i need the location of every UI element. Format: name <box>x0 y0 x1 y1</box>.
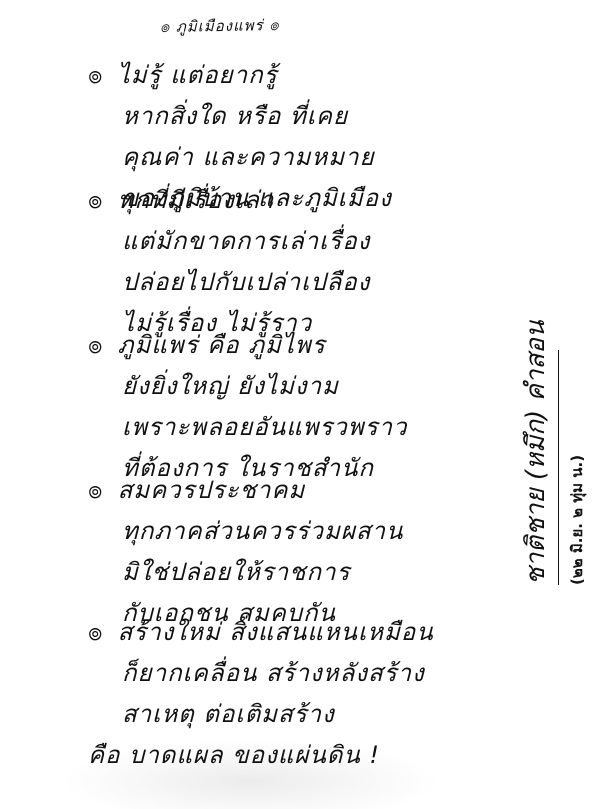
stanza-5: ๏สร้างใหม่ สิ่งแสนแหนเหมือน ก็ยากเคลื่อน… <box>88 612 434 776</box>
handwritten-page: ๏ ภูมิเมืองแพร่ ๏ ๏ไม่รู้ แต่อยากรู้ หาก… <box>0 0 600 809</box>
stanza-line: แต่มักขาดการเล่าเรื่อง <box>88 221 370 262</box>
stanza-line: มิใช่ปล่อยให้ราชการ <box>88 552 403 593</box>
line-text: สมควรประชาคม <box>118 476 306 504</box>
stanza-line: ก็ยากเคลื่อน สร้างหลังสร้าง <box>88 653 434 694</box>
line-text: ไม่รู้ แต่อยากรู้ <box>118 61 278 89</box>
stanza-line: ยังยิ่งใหญ่ ยังไม่งาม <box>88 366 407 407</box>
line-text: ทุกที่มีเรื่องเล่า <box>118 186 275 214</box>
stanza-4: ๏สมควรประชาคม ทุกภาคส่วนควรร่วมผสาน มิใช… <box>88 470 403 634</box>
signature: ชาติชาย (หมึก) คำสอน <box>515 350 559 585</box>
stanza-line: ๏ภูมิแพร่ คือ ภูมิไพร <box>88 325 407 366</box>
stanza-line: ๏ไม่รู้ แต่อยากรู้ <box>88 55 392 96</box>
stanza-line: คุณค่า และความหมาย <box>88 137 392 178</box>
stanza-line: สาเหตุ ต่อเติมสร้าง <box>88 694 434 735</box>
stanza-line: เพราะพลอยอันแพรวพราว <box>88 407 407 448</box>
line-text: ภูมิแพร่ คือ ภูมิไพร <box>118 331 326 359</box>
bullet-icon: ๏ <box>88 470 104 511</box>
bullet-icon: ๏ <box>88 325 104 366</box>
bullet-icon: ๏ <box>88 55 104 96</box>
stanza-3: ๏ภูมิแพร่ คือ ภูมิไพร ยังยิ่งใหญ่ ยังไม่… <box>88 325 407 489</box>
stanza-line: คือ บาดแผล ของแผ่นดิน ! <box>88 735 434 776</box>
signature-date: (๒๒ มิ.ย. ๒ ทุ่ม น.) <box>565 315 589 585</box>
bullet-icon: ๏ <box>88 612 104 653</box>
line-text: สร้างใหม่ สิ่งแสนแหนเหมือน <box>118 618 434 646</box>
stanza-2: ๏ทุกที่มีเรื่องเล่า แต่มักขาดการเล่าเรื่… <box>88 180 370 344</box>
bullet-icon: ๏ <box>88 180 104 221</box>
stanza-line: ๏สร้างใหม่ สิ่งแสนแหนเหมือน <box>88 612 434 653</box>
poem-title: ๏ ภูมิเมืองแพร่ ๏ <box>160 13 280 39</box>
stanza-line: ๏สมควรประชาคม <box>88 470 403 511</box>
stanza-line: ปล่อยไปกับเปล่าเปลือง <box>88 262 370 303</box>
stanza-line: ทุกภาคส่วนควรร่วมผสาน <box>88 511 403 552</box>
signature-block: ชาติชาย (หมึก) คำสอน (๒๒ มิ.ย. ๒ ทุ่ม น.… <box>515 315 600 585</box>
stanza-line: ๏ทุกที่มีเรื่องเล่า <box>88 180 370 221</box>
stanza-line: หากสิ่งใด หรือ ที่เคย <box>88 96 392 137</box>
